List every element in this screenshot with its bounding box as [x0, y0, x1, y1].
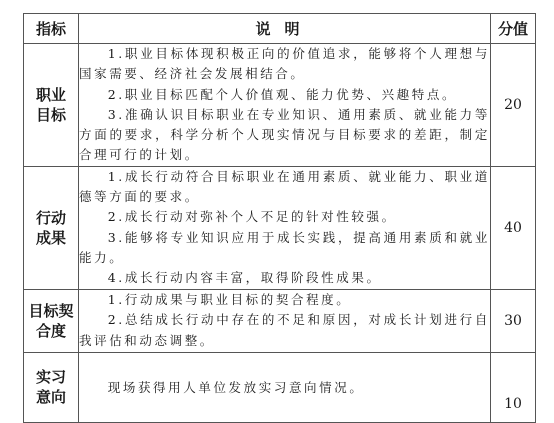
description-cell: 现场获得用人单位发放实习意向情况。 [79, 352, 491, 422]
description-item: 现场获得用人单位发放实习意向情况。 [79, 376, 490, 398]
score-cell: 10 [491, 352, 536, 422]
table-row: 实习 意向 现场获得用人单位发放实习意向情况。 10 [24, 352, 536, 422]
indicator-line: 职业 [24, 85, 78, 105]
description-item: 1.行动成果与职业目标的契合程度。 [79, 290, 490, 310]
indicator-line: 成果 [24, 228, 78, 248]
header-description: 说明 [79, 14, 491, 44]
score-cell: 40 [491, 166, 536, 289]
description-item: 1.成长行动符合目标职业在通用素质、就业能力、职业道德等方面的要求。 [79, 167, 490, 208]
scoring-table: 指标 说明 分值 职业 目标 1.职业目标体现积极正向的价值追求，能够将个人理想… [23, 13, 536, 423]
description-cell: 1.成长行动符合目标职业在通用素质、就业能力、职业道德等方面的要求。 2.成长行… [79, 166, 491, 289]
table-header-row: 指标 说明 分值 [24, 14, 536, 44]
description-item: 3.准确认识目标职业在专业知识、通用素质、就业能力等方面的要求，科学分析个人现实… [79, 105, 490, 166]
table-row: 目标契 合度 1.行动成果与职业目标的契合程度。 2.总结成长行动中存在的不足和… [24, 289, 536, 352]
indicator-line: 目标契 [24, 301, 78, 321]
description-item: 3.能够将专业知识应用于成长实践，提高通用素质和就业能力。 [79, 228, 490, 269]
indicator-cell: 目标契 合度 [24, 289, 79, 352]
score-cell: 30 [491, 289, 536, 352]
table-row: 行动 成果 1.成长行动符合目标职业在通用素质、就业能力、职业道德等方面的要求。… [24, 166, 536, 289]
description-item: 4.成长行动内容丰富，取得阶段性成果。 [79, 268, 490, 288]
description-item: 2.总结成长行动中存在的不足和原因，对成长计划进行自我评估和动态调整。 [79, 310, 490, 351]
header-score: 分值 [491, 14, 536, 44]
indicator-line: 行动 [24, 208, 78, 228]
description-item: 2.成长行动对弥补个人不足的针对性较强。 [79, 207, 490, 227]
description-item: 2.职业目标匹配个人价值观、能力优势、兴趣特点。 [79, 85, 490, 105]
score-cell: 20 [491, 44, 536, 167]
header-indicator: 指标 [24, 14, 79, 44]
description-cell: 1.职业目标体现积极正向的价值追求，能够将个人理想与国家需要、经济社会发展相结合… [79, 44, 491, 167]
indicator-line: 意向 [24, 387, 78, 407]
indicator-cell: 行动 成果 [24, 166, 79, 289]
description-cell: 1.行动成果与职业目标的契合程度。 2.总结成长行动中存在的不足和原因，对成长计… [79, 289, 491, 352]
indicator-line: 合度 [24, 321, 78, 341]
indicator-cell: 职业 目标 [24, 44, 79, 167]
description-item: 1.职业目标体现积极正向的价值追求，能够将个人理想与国家需要、经济社会发展相结合… [79, 44, 490, 85]
indicator-line: 目标 [24, 105, 78, 125]
indicator-cell: 实习 意向 [24, 352, 79, 422]
table-row: 职业 目标 1.职业目标体现积极正向的价值追求，能够将个人理想与国家需要、经济社… [24, 44, 536, 167]
indicator-line: 实习 [24, 367, 78, 387]
